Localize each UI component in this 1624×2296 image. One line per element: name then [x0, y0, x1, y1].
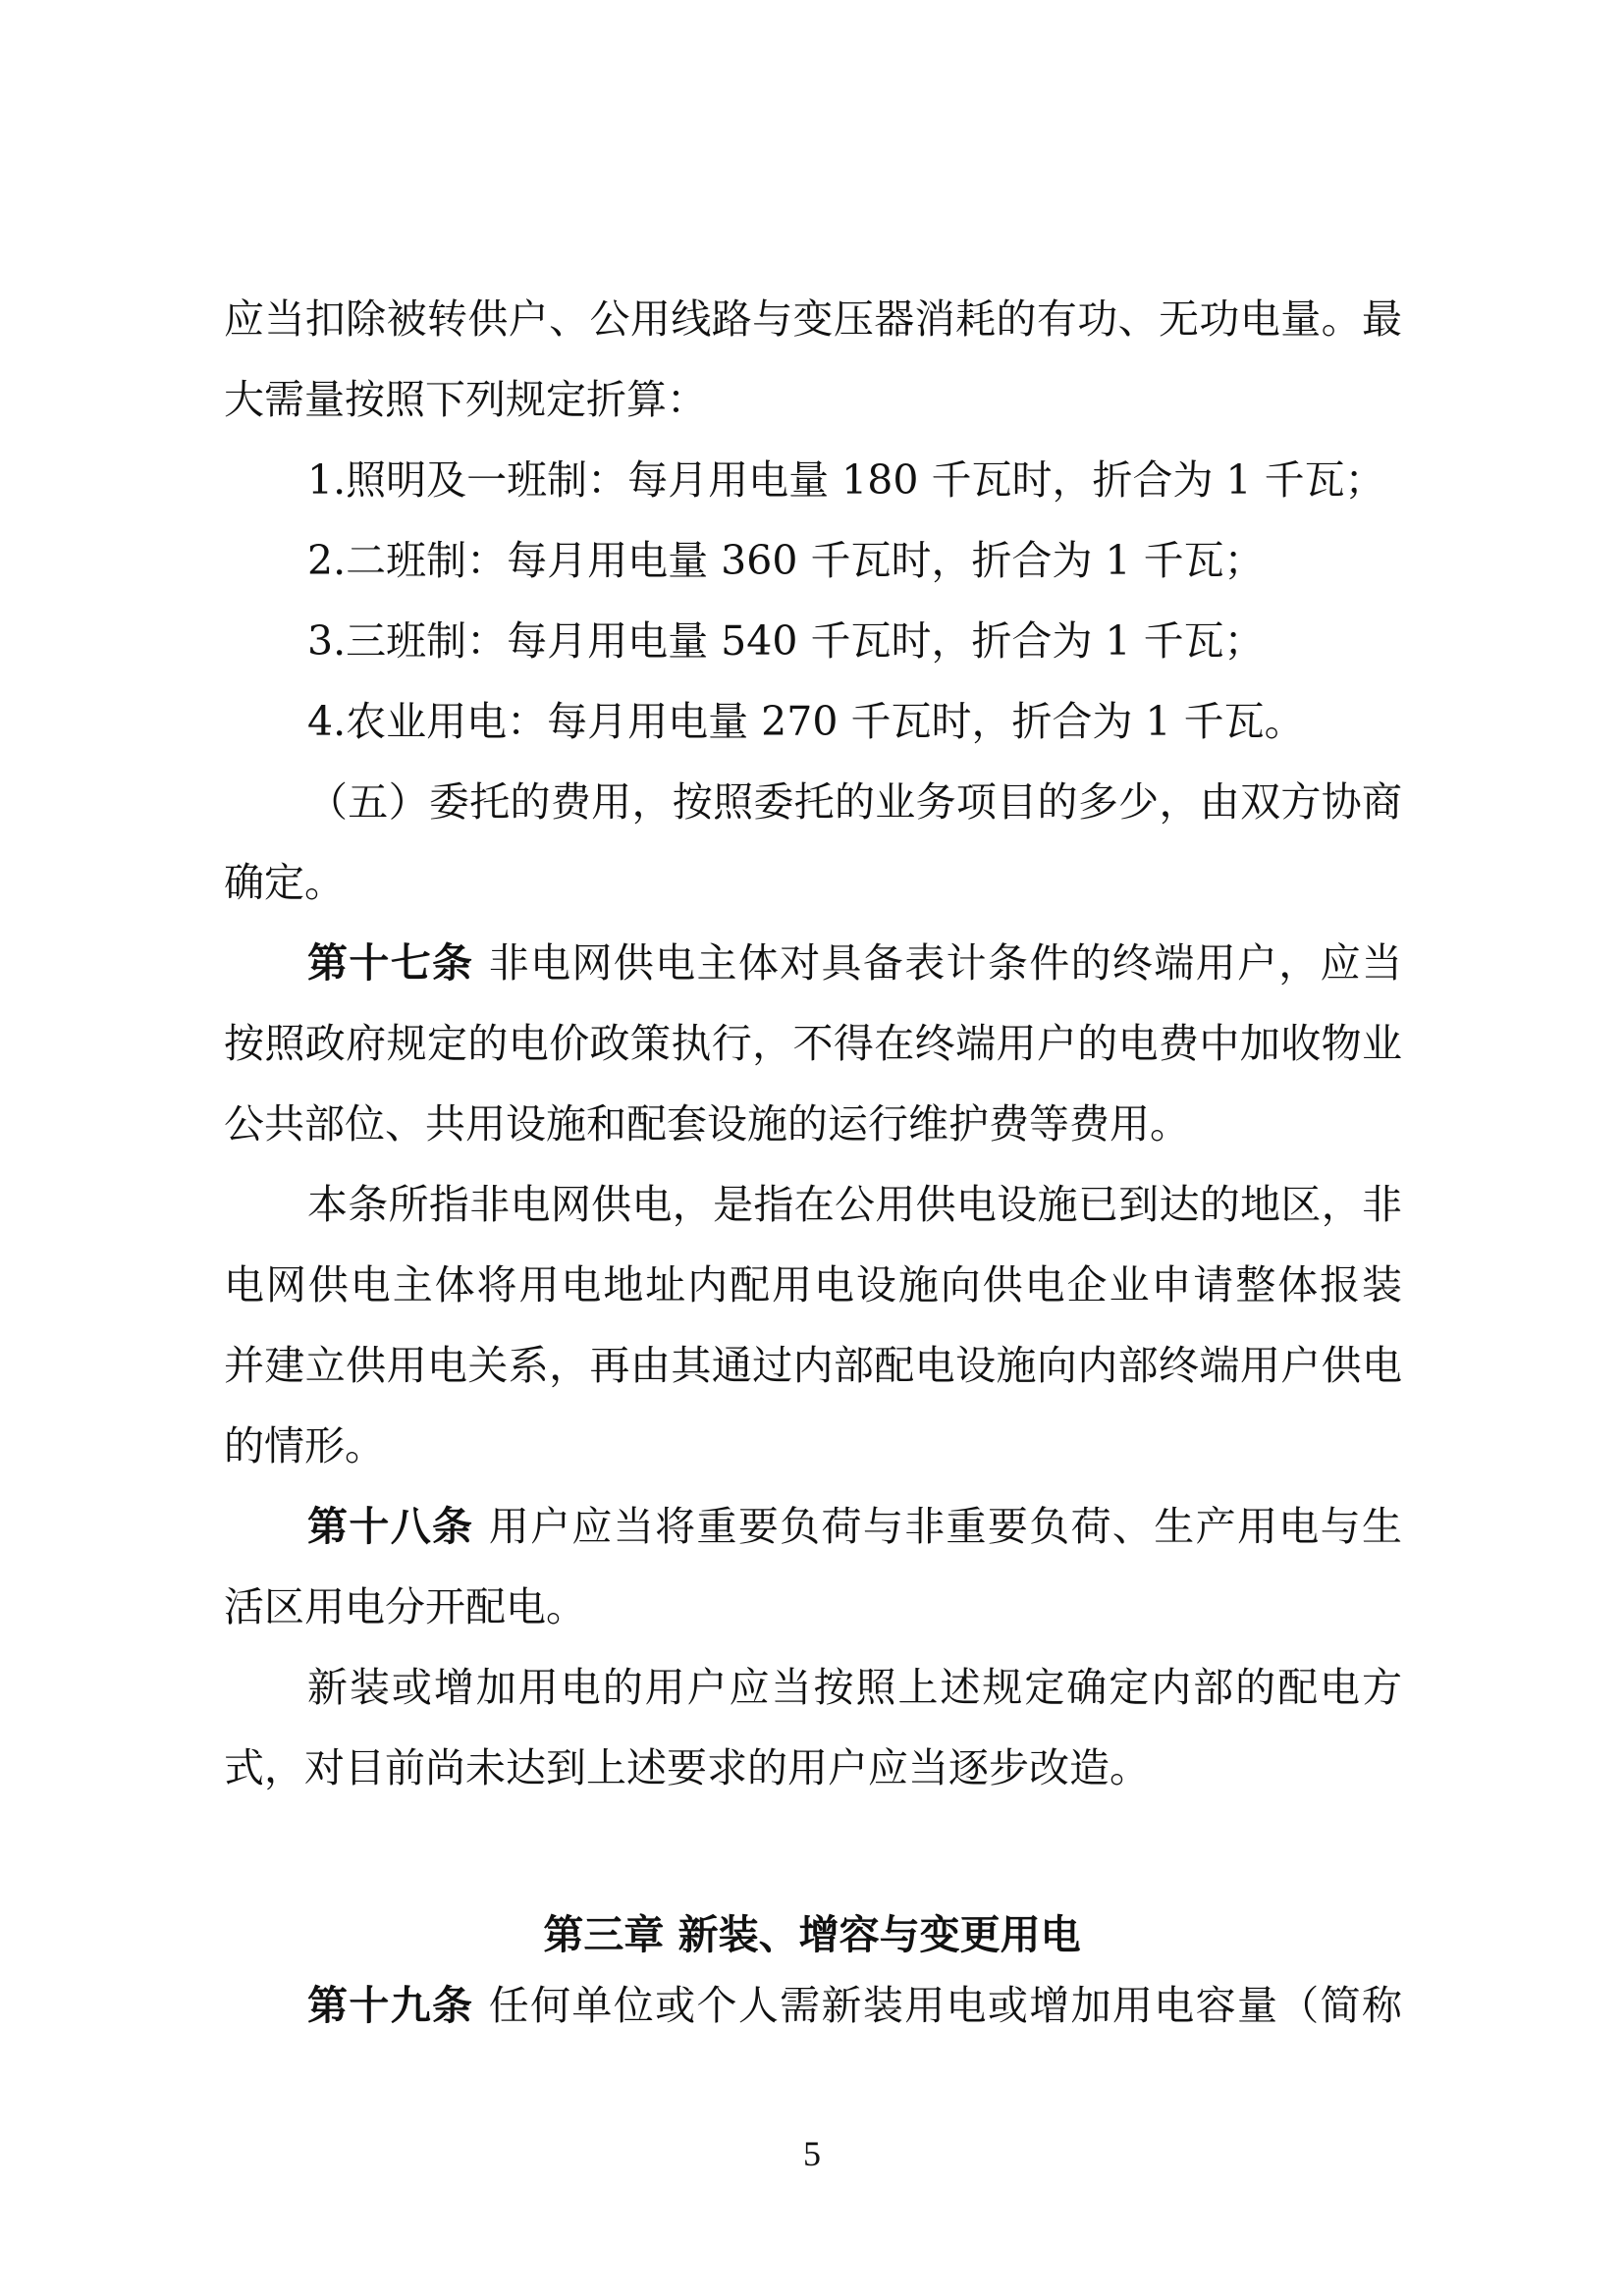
paragraph-line: 新装或增加用电的用户应当按照上述规定确定内部的配电方 [307, 1658, 1402, 1717]
line-text: 活区用电分开配电。 [224, 1583, 586, 1630]
line-text: 本条所指非电网供电，是指在公用供电设施已到达的地区，非 [307, 1181, 1402, 1228]
chapter-heading: 第三章 新装、增容与变更用电 [0, 1905, 1624, 1964]
paragraph-line: 电网供电主体将用电地址内配用电设施向供电企业申请整体报装 [224, 1255, 1402, 1314]
line-text: 大需量按照下列规定折算： [224, 376, 707, 423]
paragraph-line: 活区用电分开配电。 [224, 1577, 1402, 1636]
paragraph-line: 大需量按照下列规定折算： [224, 370, 1402, 429]
paragraph-line: 的情形。 [224, 1416, 1402, 1475]
line-text: 任何单位或个人需新装用电或增加用电容量（简称 [487, 1982, 1402, 2029]
line-text: 2.二班制：每月用电量 360 千瓦时，折合为 1 千瓦； [307, 537, 1265, 584]
paragraph-line: （五）委托的费用，按照委托的业务项目的多少，由双方协商 [307, 773, 1402, 831]
list-item: 4.农业用电：每月用电量 270 千瓦时，折合为 1 千瓦。 [307, 692, 1402, 751]
line-text: 按照政府规定的电价政策执行，不得在终端用户的电费中加收物业 [224, 1020, 1402, 1067]
paragraph-line: 公共部位、共用设施和配套设施的运行维护费等费用。 [224, 1095, 1402, 1153]
line-text: 3.三班制：每月用电量 540 千瓦时，折合为 1 千瓦； [307, 617, 1265, 665]
line-text: 并建立供用电关系，再由其通过内部配电设施向内部终端用户供电 [224, 1342, 1402, 1389]
line-text: 新装或增加用电的用户应当按照上述规定确定内部的配电方 [307, 1664, 1402, 1711]
article-heading-line: 第十九条任何单位或个人需新装用电或增加用电容量（简称 [307, 1976, 1402, 2035]
article-label: 第十八条 [307, 1503, 473, 1550]
list-item: 2.二班制：每月用电量 360 千瓦时，折合为 1 千瓦； [307, 531, 1402, 590]
list-item: 1.照明及一班制：每月用电量 180 千瓦时，折合为 1 千瓦； [307, 451, 1402, 509]
line-text: 应当扣除被转供户、公用线路与变压器消耗的有功、无功电量。最 [224, 295, 1402, 343]
paragraph-line: 应当扣除被转供户、公用线路与变压器消耗的有功、无功电量。最 [224, 290, 1402, 348]
line-text: 公共部位、共用设施和配套设施的运行维护费等费用。 [224, 1100, 1190, 1148]
line-text: 4.农业用电：每月用电量 270 千瓦时，折合为 1 千瓦。 [307, 698, 1305, 745]
line-text: 式，对目前尚未达到上述要求的用户应当逐步改造。 [224, 1744, 1150, 1791]
article-label: 第十七条 [307, 939, 473, 987]
line-text: 用户应当将重要负荷与非重要负荷、生产用电与生 [487, 1503, 1402, 1550]
paragraph-line: 本条所指非电网供电，是指在公用供电设施已到达的地区，非 [307, 1175, 1402, 1234]
paragraph-line: 并建立供用电关系，再由其通过内部配电设施向内部终端用户供电 [224, 1336, 1402, 1395]
paragraph-line: 按照政府规定的电价政策执行，不得在终端用户的电费中加收物业 [224, 1014, 1402, 1073]
line-text: 的情形。 [224, 1422, 385, 1469]
line-text: （五）委托的费用，按照委托的业务项目的多少，由双方协商 [307, 778, 1402, 826]
line-text: 电网供电主体将用电地址内配用电设施向供电企业申请整体报装 [224, 1261, 1402, 1308]
line-text: 1.照明及一班制：每月用电量 180 千瓦时，折合为 1 千瓦； [307, 456, 1385, 504]
article-heading-line: 第十七条非电网供电主体对具备表计条件的终端用户，应当 [307, 934, 1402, 992]
line-text: 非电网供电主体对具备表计条件的终端用户，应当 [487, 939, 1402, 987]
paragraph-line: 式，对目前尚未达到上述要求的用户应当逐步改造。 [224, 1738, 1402, 1797]
article-heading-line: 第十八条用户应当将重要负荷与非重要负荷、生产用电与生 [307, 1497, 1402, 1556]
article-label: 第十九条 [307, 1982, 473, 2029]
paragraph-line: 确定。 [224, 853, 1402, 912]
document-page: 应当扣除被转供户、公用线路与变压器消耗的有功、无功电量。最 大需量按照下列规定折… [0, 0, 1624, 2296]
line-text: 确定。 [224, 859, 345, 906]
list-item: 3.三班制：每月用电量 540 千瓦时，折合为 1 千瓦； [307, 612, 1402, 670]
page-number: 5 [0, 2134, 1624, 2173]
